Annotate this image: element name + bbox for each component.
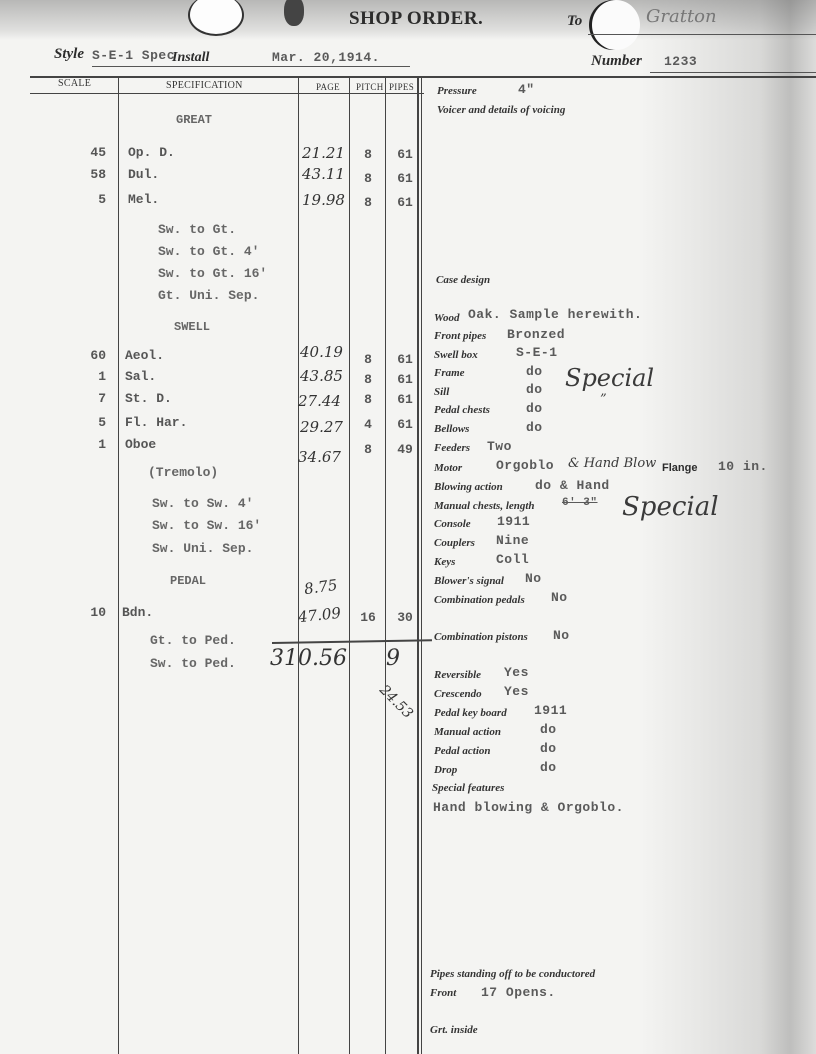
great-coupler: Sw. to Gt. 16' <box>158 266 267 281</box>
column-divider <box>421 77 422 1054</box>
detail-value: do <box>526 364 543 379</box>
stop-page: 34.67 <box>298 448 341 466</box>
pipes-note: 9 <box>386 646 400 671</box>
detail-value: do <box>540 760 557 775</box>
detail-label: Blower's signal <box>434 575 504 587</box>
stop-pitch: 8 <box>353 352 383 367</box>
detail-value: Bronzed <box>507 327 565 342</box>
detail-label: Pedal key board <box>434 707 507 719</box>
detail-label: Sill <box>434 386 449 398</box>
stop-scale: 5 <box>66 415 106 430</box>
stop-page: 29.27 <box>300 418 343 436</box>
great-coupler: Sw. to Gt. 4' <box>158 244 259 259</box>
number-label: Number <box>591 53 642 70</box>
detail-label: Front pipes <box>434 330 486 342</box>
detail-value: do <box>540 741 557 756</box>
pedal-coupler: Sw. to Ped. <box>150 656 236 671</box>
swell-coupler: Sw. to Sw. 16' <box>152 518 261 533</box>
shop-order-page: SHOP ORDER. To Gratton Style S-E-1 Spec … <box>0 0 816 1054</box>
stop-pitch: 8 <box>353 392 383 407</box>
detail-value: do <box>526 401 543 416</box>
detail-value: No <box>553 628 570 643</box>
swell-coupler: Sw. Uni. Sep. <box>152 541 253 556</box>
pressure-value: 4" <box>518 82 535 97</box>
front-value: 17 Opens. <box>481 985 556 1000</box>
detail-label: Frame <box>434 367 465 379</box>
detail-label: Crescendo <box>434 688 482 700</box>
column-divider <box>349 77 350 1054</box>
stop-name: Mel. <box>128 192 159 207</box>
great-coupler: Sw. to Gt. <box>158 222 236 237</box>
stop-name: Fl. Har. <box>125 415 187 430</box>
stop-name: Oboe <box>125 437 156 452</box>
pedal-coupler: Gt. to Ped. <box>150 633 236 648</box>
stop-pitch: 4 <box>353 417 383 432</box>
manual-chests-struck-value: 6' 3" <box>562 497 598 509</box>
stop-scale: 58 <box>66 167 106 182</box>
stop-name: Aeol. <box>125 348 164 363</box>
stop-pitch: 8 <box>353 372 383 387</box>
blowing-action-value: do & Hand <box>535 478 610 493</box>
style-label: Style <box>54 46 84 63</box>
page-total: 310.56 <box>270 646 347 671</box>
detail-label: Swell box <box>434 349 478 361</box>
special-features-label: Special features <box>432 782 504 794</box>
stop-pipes: 61 <box>390 417 420 432</box>
stop-pitch: 8 <box>353 442 383 457</box>
motor-label: Motor <box>434 462 462 474</box>
section-heading-swell: SWELL <box>174 320 210 334</box>
special-features-value: Hand blowing & Orgoblo. <box>433 800 624 815</box>
stop-scale: 10 <box>66 605 106 620</box>
stop-pitch: 8 <box>353 195 383 210</box>
column-divider <box>298 77 299 1054</box>
ditto-mark: ” <box>600 392 607 407</box>
column-divider <box>118 77 119 1054</box>
to-underline <box>588 34 816 35</box>
pipes-standing-label: Pipes standing off to be conductored <box>430 968 595 980</box>
stop-name: Op. D. <box>128 145 175 160</box>
install-date: Mar. 20,1914. <box>272 50 380 65</box>
detail-value: Coll <box>496 552 529 567</box>
stop-pipes: 49 <box>390 442 420 457</box>
blowing-action-label: Blowing action <box>434 481 503 493</box>
special-note: Special <box>565 364 654 392</box>
detail-label: Reversible <box>434 669 481 681</box>
punch-hole <box>284 0 304 26</box>
column-header-scale: SCALE <box>58 78 91 89</box>
manual-chests-label: Manual chests, length <box>434 500 535 512</box>
style-value: S-E-1 Spec <box>92 48 175 63</box>
pressure-label: Pressure <box>437 85 477 97</box>
style-underline <box>92 66 410 67</box>
detail-label: Keys <box>434 556 455 568</box>
detail-value: 1911 <box>534 703 567 718</box>
stop-scale: 60 <box>66 348 106 363</box>
detail-label: Couplers <box>434 537 475 549</box>
detail-label: Combination pistons <box>434 631 528 643</box>
manual-chests-handwritten: Special <box>622 492 719 522</box>
grt-inside-label: Grt. inside <box>430 1024 478 1036</box>
flange-label: Flange <box>662 462 697 474</box>
stop-scale: 7 <box>66 391 106 406</box>
detail-label: Combination pedals <box>434 594 525 606</box>
stop-pitch: 8 <box>353 171 383 186</box>
stop-scale: 45 <box>66 145 106 160</box>
detail-label: Pedal chests <box>434 404 490 416</box>
punch-hole <box>592 0 640 50</box>
pedal-page-above: 8.75 <box>303 576 339 598</box>
stop-name: Bdn. <box>122 605 153 620</box>
column-divider <box>385 77 386 1054</box>
stop-name: Sal. <box>125 369 156 384</box>
stop-page: 19.98 <box>302 191 345 209</box>
detail-value: No <box>525 571 542 586</box>
stop-name: Dul. <box>128 167 159 182</box>
motor-value: Orgoblo <box>496 458 554 473</box>
detail-label: Manual action <box>434 726 501 738</box>
punch-hole <box>188 0 244 36</box>
stop-page: 21.21 <box>302 144 345 162</box>
detail-label: Drop <box>434 764 457 776</box>
to-value: Gratton <box>646 6 717 27</box>
detail-value: S-E-1 <box>516 345 558 360</box>
tremolo: (Tremolo) <box>148 465 218 480</box>
stop-pipes: 61 <box>390 392 420 407</box>
detail-value: do <box>540 722 557 737</box>
stop-page: 43.85 <box>300 367 343 385</box>
column-header-page: PAGE <box>316 82 340 92</box>
great-coupler: Gt. Uni. Sep. <box>158 288 259 303</box>
stop-name: St. D. <box>125 391 172 406</box>
stop-scale: 1 <box>66 369 106 384</box>
case-design-label: Case design <box>436 274 490 286</box>
flange-value: 10 in. <box>718 459 768 474</box>
voicer-label: Voicer and details of voicing <box>437 104 565 116</box>
document-title: SHOP ORDER. <box>349 8 483 30</box>
stop-pipes: 30 <box>390 610 420 625</box>
stop-page: 47.09 <box>297 604 342 626</box>
extra-note: 24.53 <box>376 682 416 722</box>
header-rule-top <box>30 76 816 78</box>
column-header-specification: SPECIFICATION <box>166 80 243 91</box>
stop-pipes: 61 <box>390 372 420 387</box>
column-header-pipes: PIPES <box>389 82 414 92</box>
stop-page: 43.11 <box>302 165 345 183</box>
detail-label: Wood <box>434 312 459 324</box>
install-label: Install <box>172 50 209 66</box>
swell-coupler: Sw. to Sw. 4' <box>152 496 253 511</box>
stop-pipes: 61 <box>390 171 420 186</box>
stop-pipes: 61 <box>390 147 420 162</box>
detail-value: Yes <box>504 684 529 699</box>
detail-label: Bellows <box>434 423 469 435</box>
front-label: Front <box>430 987 456 999</box>
stop-pipes: 61 <box>390 352 420 367</box>
detail-value: 1911 <box>497 514 530 529</box>
stop-pipes: 61 <box>390 195 420 210</box>
stop-page: 27.44 <box>298 392 341 410</box>
to-label: To <box>567 13 582 30</box>
detail-value: do <box>526 382 543 397</box>
order-number: 1233 <box>664 54 697 69</box>
header-rule-bottom <box>30 93 424 94</box>
detail-value: Nine <box>496 533 529 548</box>
stop-page: 40.19 <box>300 343 343 361</box>
stop-scale: 1 <box>66 437 106 452</box>
detail-label: Console <box>434 518 471 530</box>
motor-handwritten: & Hand Blow <box>568 456 656 471</box>
section-heading-great: GREAT <box>176 113 212 127</box>
detail-label: Pedal action <box>434 745 491 757</box>
section-heading-pedal: PEDAL <box>170 574 206 588</box>
detail-value: Two <box>487 439 512 454</box>
detail-value: Yes <box>504 665 529 680</box>
detail-value: No <box>551 590 568 605</box>
column-divider <box>417 77 419 1054</box>
detail-value: Oak. Sample herewith. <box>468 307 642 322</box>
number-underline <box>650 72 816 73</box>
detail-value: do <box>526 420 543 435</box>
detail-label: Feeders <box>434 442 470 454</box>
column-header-pitch: PITCH <box>356 82 384 92</box>
stop-scale: 5 <box>66 192 106 207</box>
stop-pitch: 16 <box>353 610 383 625</box>
sum-line <box>272 639 432 644</box>
stop-pitch: 8 <box>353 147 383 162</box>
